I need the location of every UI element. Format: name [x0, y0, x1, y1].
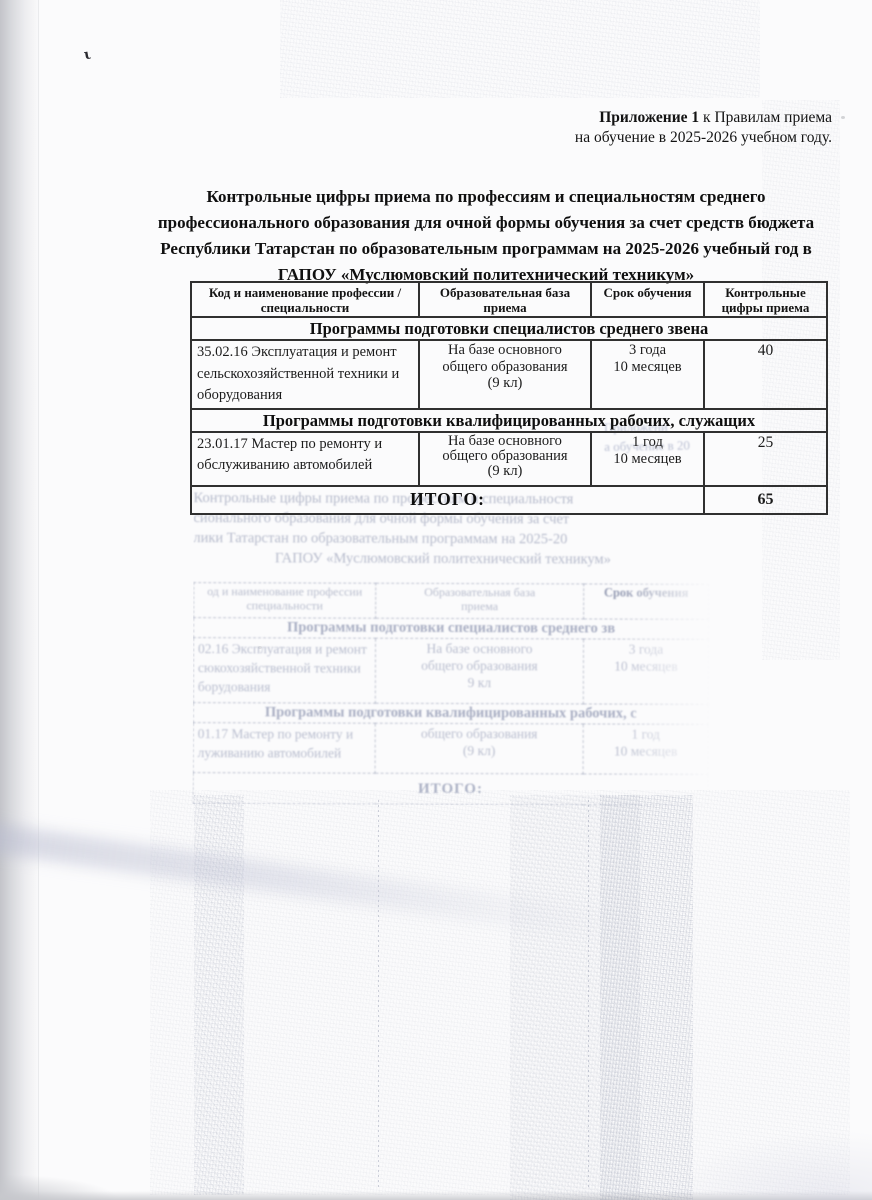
cell-quota: 25 [704, 432, 827, 486]
document-title-line: Республики Татарстан по образовательным … [116, 236, 856, 262]
column-header-term: Срок обучения [591, 282, 704, 317]
document-title-line: профессионального образования для очной … [116, 210, 856, 236]
cell-quota: 40 [704, 340, 827, 409]
table-row: 35.02.16 Эксплуатация и ремонт сельскохо… [191, 340, 827, 409]
bleed-column-line-2 [588, 800, 589, 1190]
bleed-header-cell: од и наименование профессии специальност… [194, 583, 376, 619]
column-header-base: Образовательная база приема [419, 282, 591, 317]
appendix-note-line2: на обучение в 2025-2026 учебном году. [512, 128, 832, 148]
bleed-cell: На базе основного общего образования 9 к… [375, 638, 583, 704]
bleed-total-row: ИТОГО: [193, 773, 708, 806]
bleed-through-content: Контрольные цифры приема по профессиям и… [192, 488, 713, 806]
section-title: Программы подготовки квалифицированных р… [191, 409, 827, 432]
bleed-cell: 1 год 10 месяцев [583, 724, 708, 774]
total-row: ИТОГО: 65 [191, 486, 827, 514]
admission-quotas-table: Код и наименование профессии / специальн… [190, 281, 828, 515]
scanned-document-page: ι Контрольные цифры приема по профессиям… [0, 0, 872, 1200]
bleed-cell: 3 года 10 месяцев [583, 639, 708, 704]
cell-profession: 35.02.16 Эксплуатация и ремонт сельскохо… [191, 340, 419, 409]
dust-speck [841, 116, 845, 119]
section-row-specialists: Программы подготовки специалистов средне… [191, 317, 827, 340]
cell-term: 1 год 10 месяцев [591, 432, 704, 486]
cell-term: 3 года 10 месяцев [591, 340, 704, 409]
total-label: ИТОГО: [191, 486, 704, 514]
bleed-header-cell: Образовательная база приема [376, 583, 584, 619]
appendix-note: Приложение 1 к Правилам приема на обучен… [512, 108, 832, 148]
bleed-column-line-1 [378, 800, 379, 1190]
appendix-note-line1: Приложение 1 к Правилам приема [512, 108, 832, 128]
bleed-section-row: Программы подготовки специалистов средне… [194, 618, 709, 640]
cell-profession: 23.01.17 Мастер по ремонту и обслуживани… [191, 432, 419, 486]
column-header-profession: Код и наименование профессии / специальн… [191, 282, 419, 317]
section-row-workers: Программы подготовки квалифицированных р… [191, 409, 827, 432]
document-title-line: Контрольные цифры приема по профессиям и… [116, 184, 856, 210]
page-corner-shadow [0, 1174, 120, 1200]
bleed-header-cell: Срок обучения [584, 584, 709, 619]
bleed-table: од и наименование профессии специальност… [192, 582, 709, 806]
total-value: 65 [704, 486, 827, 514]
ink-speck-mark: ι [83, 47, 92, 64]
table-header-row: Код и наименование профессии / специальн… [191, 282, 827, 317]
paper-edge-line [38, 0, 39, 1200]
bleed-cell: 02.16 Эксплуатация и ремонт сюкохозяйств… [193, 638, 375, 704]
table-row: 23.01.17 Мастер по ремонту и обслуживани… [191, 432, 827, 486]
bleed-cell: 01.17 Мастер по ремонту и луживанию авто… [193, 723, 375, 774]
scanner-left-edge [0, 0, 38, 1200]
document-title: Контрольные цифры приема по профессиям и… [116, 184, 856, 288]
cell-base: На базе основного общего образования (9 … [419, 432, 591, 486]
bleed-title-line: ГАПОУ «Муслюмовский политехнический техн… [193, 548, 692, 570]
section-title: Программы подготовки специалистов средне… [191, 317, 827, 340]
bleed-section-row: Программы подготовки квалифицированных р… [193, 703, 708, 725]
scan-noise-top [280, 0, 760, 98]
cell-base: На базе основного общего образования (9 … [419, 340, 591, 409]
bleed-title-line: лики Татарстан по образовательным програ… [193, 528, 713, 550]
bottom-right-wash [662, 1130, 872, 1200]
bleed-cell: общего образования (9 кл) [375, 723, 583, 774]
column-header-quota: Контрольные цифры приема [704, 282, 827, 317]
